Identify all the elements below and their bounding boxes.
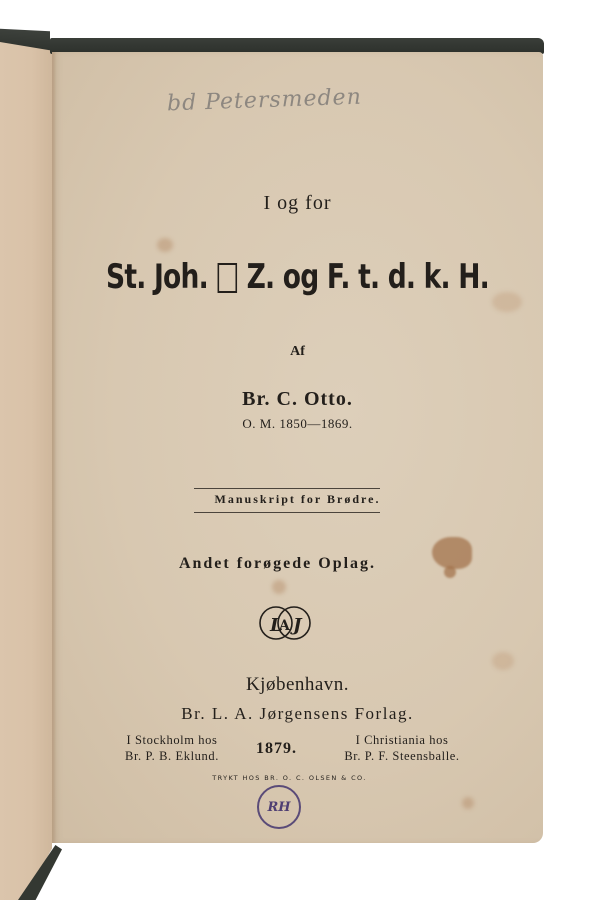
divider-top xyxy=(194,488,380,489)
publication-year: 1879. xyxy=(256,740,297,758)
distributor-christiania: I Christiania hos Br. P. F. Steensballe. xyxy=(324,732,480,764)
publisher: Br. L. A. Jørgensens Forlag. xyxy=(52,704,543,724)
stain xyxy=(272,580,286,594)
page-gutter xyxy=(52,52,56,843)
stain xyxy=(462,797,474,809)
author-years: O. M. 1850—1869. xyxy=(52,416,543,432)
svg-text:A: A xyxy=(278,618,291,634)
distributor-christiania-line2: Br. P. F. Steensballe. xyxy=(324,748,480,764)
distributor-christiania-line1: I Christiania hos xyxy=(324,732,480,748)
city: Kjøbenhavn. xyxy=(52,674,543,696)
stain xyxy=(157,238,173,252)
main-title: St. Joh. Z. og F. t. d. k. H. xyxy=(106,257,489,297)
edition-label: Andet forøgede Oplag. xyxy=(32,555,523,573)
stain xyxy=(492,292,522,312)
publisher-monogram-icon: L A J xyxy=(256,605,314,641)
ownership-stamp-initials: RH xyxy=(267,800,290,815)
left-page xyxy=(0,42,52,900)
square-lodge-symbol-icon xyxy=(217,263,237,293)
title-page: bd Petersmeden I og for St. Joh. Z. og F… xyxy=(52,52,543,843)
main-title-part-2: Z. og F. t. d. k. H. xyxy=(247,257,489,297)
divider-bottom xyxy=(194,512,380,513)
handwritten-note: bd Petersmeden xyxy=(167,85,363,117)
by-label: Af xyxy=(52,344,543,360)
main-title-part-1: St. Joh. xyxy=(106,257,208,297)
distributor-stockholm-line2: Br. P. B. Eklund. xyxy=(110,748,234,764)
distributor-stockholm-line1: I Stockholm hos xyxy=(110,732,234,748)
printer-credit: TRYKT HOS BR. O. C. OLSEN & CO. xyxy=(44,774,535,782)
author-name: Br. C. Otto. xyxy=(52,388,543,411)
stain xyxy=(492,652,514,670)
distributor-stockholm: I Stockholm hos Br. P. B. Eklund. xyxy=(110,732,234,764)
pre-title: I og for xyxy=(52,192,543,215)
ownership-stamp: RH xyxy=(257,785,301,829)
manuscript-notice: Manuskript for Brødre. xyxy=(52,492,543,507)
